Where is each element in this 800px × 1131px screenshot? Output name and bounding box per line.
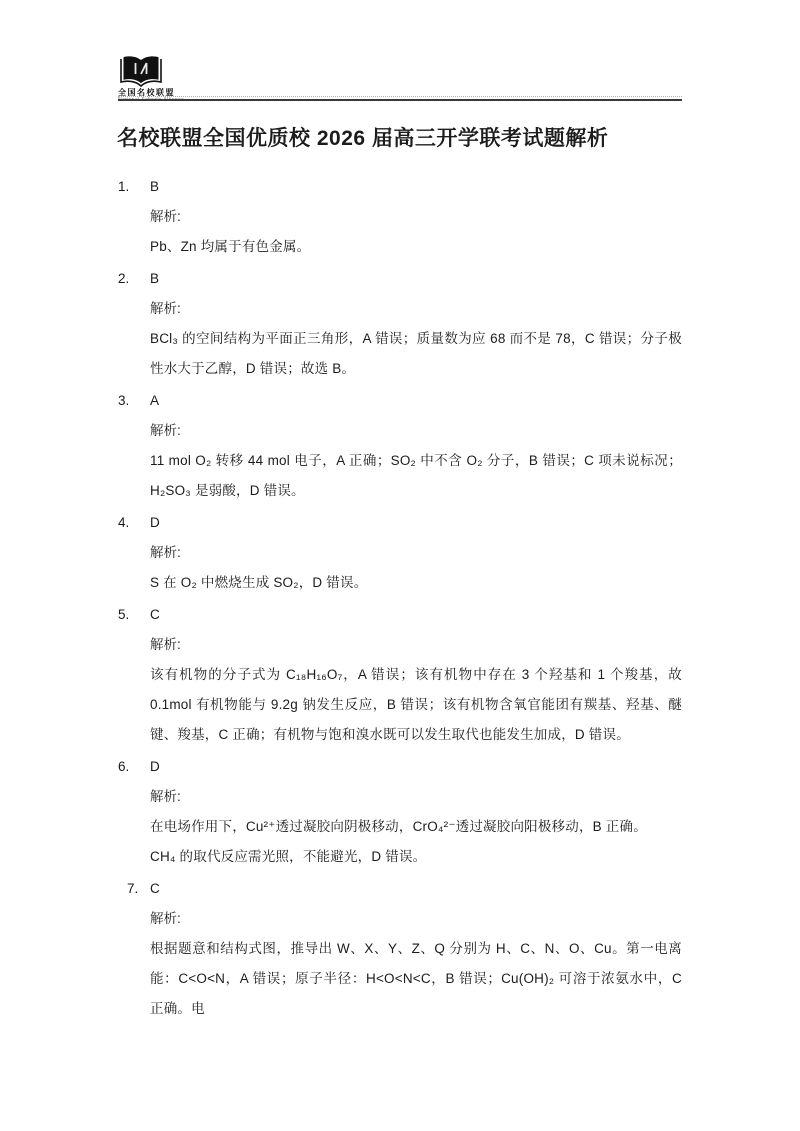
document-page: 全国名校联盟 National Schools Alliance 名校联盟全国优… bbox=[0, 0, 800, 1131]
header-rule-dotted bbox=[118, 96, 682, 97]
item-answer: C bbox=[150, 600, 160, 630]
header-rule bbox=[118, 99, 682, 101]
explain-text: Pb、Zn 均属于有色金属。 bbox=[150, 232, 682, 262]
answer-item-5: 5. C 解析: 该有机物的分子式为 C₁₈H₁₆O₇，A 错误；该有机物中存在… bbox=[118, 600, 682, 750]
answer-item-1: 1. B 解析: Pb、Zn 均属于有色金属。 bbox=[118, 172, 682, 262]
explain-text: 根据题意和结构式图，推导出 W、X、Y、Z、Q 分别为 H、C、N、O、Cu。第… bbox=[150, 934, 682, 1024]
item-answer: D bbox=[150, 508, 160, 538]
explain-text: S 在 O₂ 中燃烧生成 SO₂，D 错误。 bbox=[150, 568, 682, 598]
explain-text: CH₄ 的取代反应需光照，不能避光，D 错误。 bbox=[150, 842, 682, 872]
explain-label: 解析: bbox=[150, 904, 682, 934]
answer-item-4: 4. D 解析: S 在 O₂ 中燃烧生成 SO₂，D 错误。 bbox=[118, 508, 682, 598]
item-number: 4. bbox=[118, 508, 150, 538]
answer-line: 3. A bbox=[118, 386, 682, 416]
answer-line: 7. C bbox=[118, 874, 682, 904]
explain-label: 解析: bbox=[150, 202, 682, 232]
item-number: 2. bbox=[118, 264, 150, 294]
answer-line: 5. C bbox=[118, 600, 682, 630]
item-answer: A bbox=[150, 386, 159, 416]
explain-text: 11 mol O₂ 转移 44 mol 电子，A 正确；SO₂ 中不含 O₂ 分… bbox=[150, 446, 682, 506]
answer-line: 6. D bbox=[118, 752, 682, 782]
answer-line: 4. D bbox=[118, 508, 682, 538]
answer-item-7: 7. C 解析: 根据题意和结构式图，推导出 W、X、Y、Z、Q 分别为 H、C… bbox=[118, 874, 682, 1024]
answer-line: 2. B bbox=[118, 264, 682, 294]
item-number: 3. bbox=[118, 386, 150, 416]
item-answer: B bbox=[150, 264, 159, 294]
explain-label: 解析: bbox=[150, 294, 682, 324]
item-number: 6. bbox=[118, 752, 150, 782]
explain-label: 解析: bbox=[150, 630, 682, 660]
item-number: 5. bbox=[118, 600, 150, 630]
answer-line: 1. B bbox=[118, 172, 682, 202]
explain-label: 解析: bbox=[150, 782, 682, 812]
answer-item-6: 6. D 解析: 在电场作用下，Cu²⁺透过凝胶向阴极移动，CrO₄²⁻透过凝胶… bbox=[118, 752, 682, 872]
page-title: 名校联盟全国优质校 2026 届高三开学联考试题解析 bbox=[117, 122, 717, 152]
answer-item-3: 3. A 解析: 11 mol O₂ 转移 44 mol 电子，A 正确；SO₂… bbox=[118, 386, 682, 506]
item-number: 7. bbox=[118, 874, 150, 904]
explain-label: 解析: bbox=[150, 538, 682, 568]
explain-text: 在电场作用下，Cu²⁺透过凝胶向阴极移动，CrO₄²⁻透过凝胶向阳极移动，B 正… bbox=[150, 812, 682, 842]
answer-item-2: 2. B 解析: BCl₃ 的空间结构为平面正三角形，A 错误；质量数为应 68… bbox=[118, 264, 682, 384]
explain-text: 该有机物的分子式为 C₁₈H₁₆O₇，A 错误；该有机物中存在 3 个羟基和 1… bbox=[150, 660, 682, 750]
explain-text: BCl₃ 的空间结构为平面正三角形，A 错误；质量数为应 68 而不是 78，C… bbox=[150, 324, 682, 384]
explain-label: 解析: bbox=[150, 416, 682, 446]
item-answer: B bbox=[150, 172, 159, 202]
item-answer: C bbox=[150, 874, 160, 904]
item-number: 1. bbox=[118, 172, 150, 202]
open-book-icon bbox=[118, 55, 164, 88]
item-answer: D bbox=[150, 752, 160, 782]
answer-list: 1. B 解析: Pb、Zn 均属于有色金属。 2. B 解析: BCl₃ 的空… bbox=[118, 172, 682, 1026]
